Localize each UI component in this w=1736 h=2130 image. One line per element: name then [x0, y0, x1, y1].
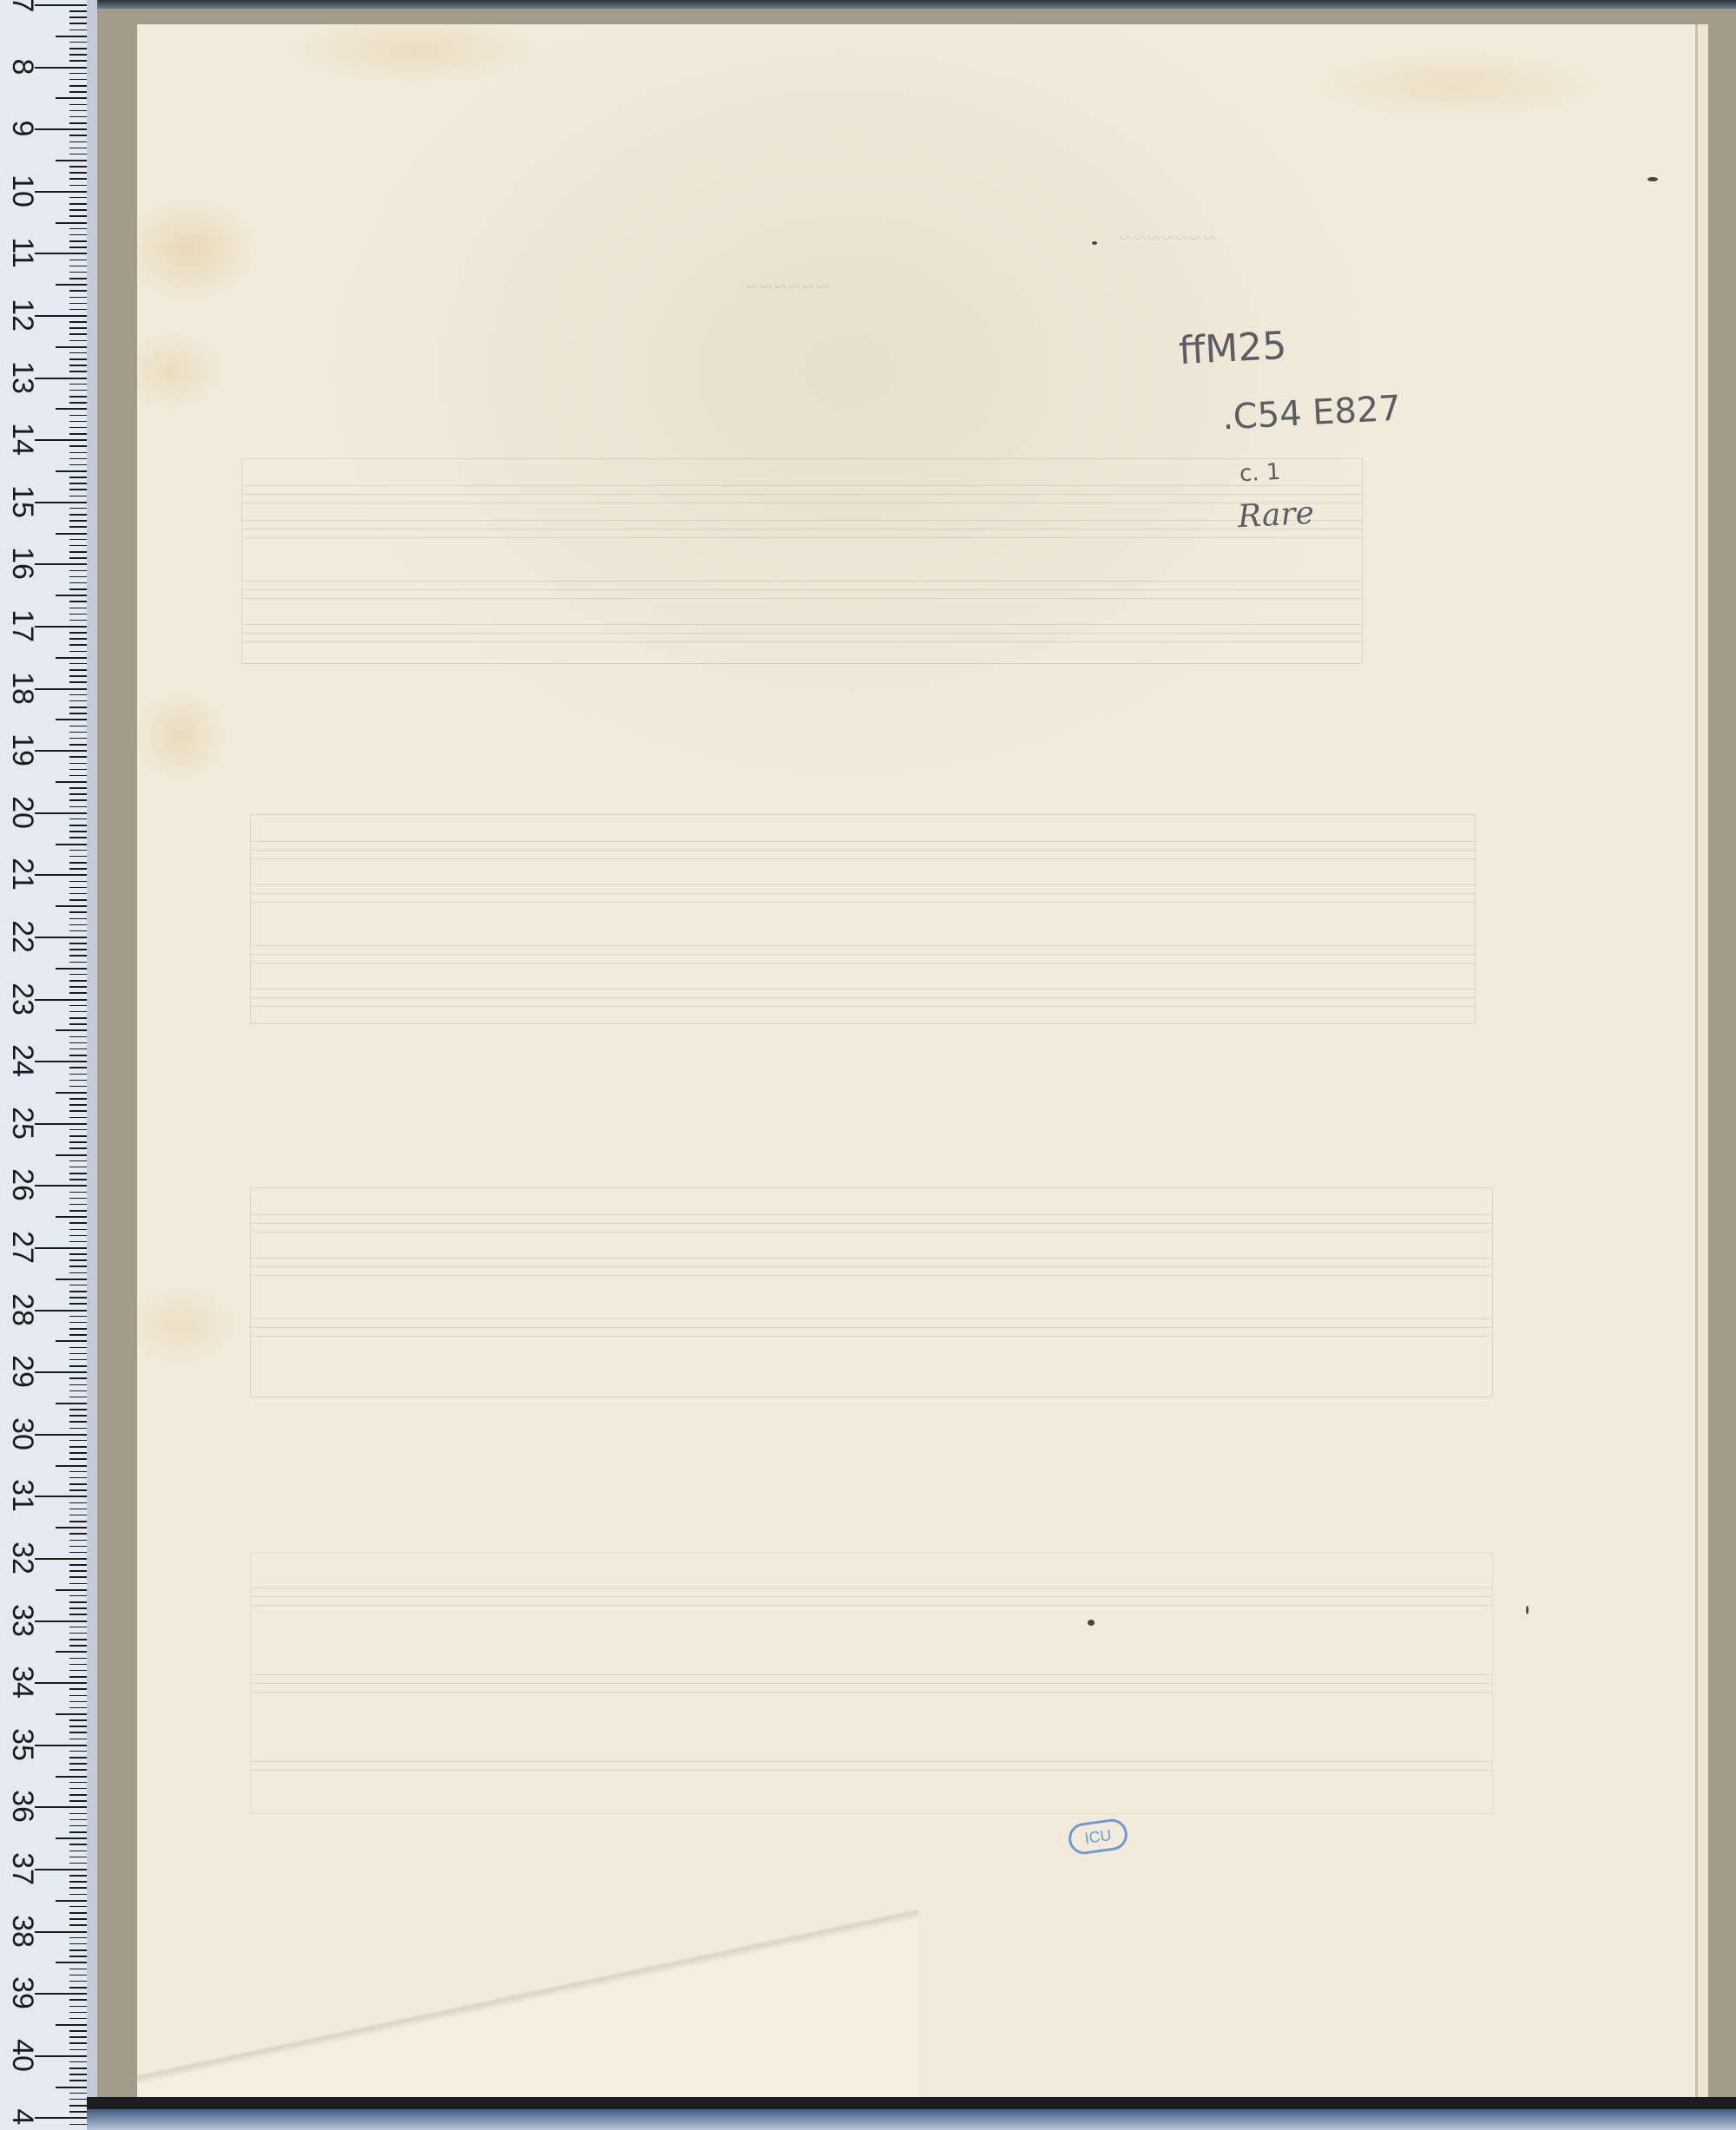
- ruler-tick: [69, 1975, 87, 1976]
- ruler-label: 32: [5, 1541, 40, 1575]
- ruler-tick: [69, 1688, 87, 1690]
- ruler-tick: [35, 626, 87, 628]
- call-number-line-2: .C54 E827: [1221, 391, 1402, 436]
- ruler-label: 8: [5, 49, 40, 84]
- ruler-tick: [69, 806, 87, 808]
- ruler-label: 21: [5, 857, 40, 891]
- ruler-tick: [69, 732, 87, 733]
- ruler-tick: [69, 899, 87, 901]
- ruler-tick: [69, 464, 87, 466]
- ruler-tick: [69, 266, 87, 267]
- ruler-tick: [69, 1334, 87, 1336]
- ruler-tick: [69, 1017, 87, 1019]
- ruler-tick: [69, 887, 87, 889]
- ruler-tick: [35, 378, 87, 379]
- ruler-tick: [69, 551, 87, 553]
- ruler-tick: [69, 1198, 87, 1200]
- ruler-tick: [69, 1036, 87, 1038]
- ruler-tick: [69, 340, 87, 342]
- bleed-through-heading: ~~~~~~: [745, 274, 828, 300]
- ruler-tick: [69, 1390, 87, 1392]
- ruler-tick: [69, 2099, 87, 2100]
- ruler-tick: [69, 1969, 87, 1970]
- ruler-tick: [35, 1806, 87, 1808]
- ruler-tick: [69, 483, 87, 484]
- ruler-tick: [69, 663, 87, 665]
- ruler-tick: [69, 1141, 87, 1143]
- ruler-tick: [69, 365, 87, 366]
- ruler-tick: [69, 228, 87, 230]
- ruler-tick: [69, 930, 87, 932]
- ruler-tick: [69, 1285, 87, 1286]
- ruler-tick: [69, 1906, 87, 1908]
- ruler-label: 22: [5, 919, 40, 954]
- ruler-tick: [69, 2111, 87, 2113]
- ruler-tick: [69, 421, 87, 423]
- ruler-label: 15: [5, 484, 40, 519]
- ruler-tick: [69, 694, 87, 696]
- ruler-tick: [69, 433, 87, 435]
- ruler-tick: [69, 911, 87, 913]
- ruler-tick: [56, 1900, 87, 1902]
- ruler-tick: [69, 582, 87, 584]
- ruler-tick: [56, 1216, 87, 1218]
- ruler-tick: [69, 371, 87, 372]
- ruler-tick: [69, 42, 87, 43]
- ruler-tick: [69, 614, 87, 615]
- ruler-tick: [69, 1055, 87, 1056]
- ruler-tick: [56, 160, 87, 161]
- ruler-tick: [69, 726, 87, 727]
- ruler-tick: [69, 1987, 87, 1989]
- ruler-tick: [56, 1527, 87, 1528]
- ruler-tick: [56, 470, 87, 472]
- ruler-tick: [69, 1297, 87, 1298]
- ruler-tick: [69, 1521, 87, 1522]
- ruler-tick: [69, 384, 87, 385]
- ruler-tick: [69, 1117, 87, 1119]
- ruler-tick: [69, 1739, 87, 1740]
- ruler-tick: [35, 1247, 87, 1249]
- ruler-tick: [69, 1918, 87, 1920]
- ruler-tick: [69, 1489, 87, 1491]
- ruler-tick: [69, 1259, 87, 1261]
- ruler-tick: [69, 539, 87, 541]
- ruler-tick: [69, 2093, 87, 2094]
- ruler-tick: [35, 2117, 87, 2119]
- ruler-label: 38: [5, 1914, 40, 1949]
- ruler-tick: [69, 135, 87, 136]
- ruler-label: 35: [5, 1727, 40, 1762]
- ruler-tick: [56, 346, 87, 348]
- ruler-tick: [35, 1185, 87, 1187]
- ruler-tick: [56, 1465, 87, 1467]
- ruler-tick: [69, 1049, 87, 1050]
- scanner-bed: [87, 2109, 1736, 2130]
- ruler-tick: [69, 1303, 87, 1305]
- ruler-label: 39: [5, 1976, 40, 2010]
- ruler-tick: [69, 321, 87, 323]
- ruler-tick: [69, 352, 87, 354]
- ruler-tick: [69, 458, 87, 460]
- ruler-tick: [69, 1894, 87, 1896]
- ruler-tick: [35, 1621, 87, 1622]
- ruler-tick: [69, 1042, 87, 1044]
- ruler-tick: [35, 1434, 87, 1436]
- ruler-tick: [69, 1813, 87, 1815]
- ruler-tick: [69, 197, 87, 199]
- ruler-tick: [69, 2124, 87, 2126]
- ruler-label: 10: [5, 174, 40, 208]
- ruler-tick: [69, 1751, 87, 1752]
- ruler-tick: [69, 1707, 87, 1709]
- ruler-tick: [69, 110, 87, 112]
- ruler-tick: [69, 707, 87, 708]
- ruler-tick: [69, 91, 87, 93]
- ruler-tick: [69, 837, 87, 838]
- ruler-tick: [35, 1061, 87, 1062]
- ruler-tick: [56, 1776, 87, 1778]
- ruler-tick: [69, 489, 87, 490]
- ruler-tick: [69, 1074, 87, 1075]
- ruler-tick: [69, 700, 87, 702]
- ruler-tick: [56, 1154, 87, 1156]
- ruler-tick: [69, 116, 87, 118]
- ruler-tick: [69, 1956, 87, 1957]
- ruler-tick: [69, 415, 87, 417]
- bleed-through-staff-system-1: [241, 458, 1363, 664]
- ruler-tick: [35, 1869, 87, 1870]
- ruler-tick: [69, 2006, 87, 2008]
- ruler-tick: [69, 1769, 87, 1771]
- ruler-tick: [69, 1359, 87, 1361]
- ruler-tick: [35, 999, 87, 1001]
- ruler-tick: [69, 1452, 87, 1454]
- ruler-tick: [69, 1210, 87, 1212]
- ruler-tick: [69, 949, 87, 950]
- ruler-tick: [69, 1732, 87, 1733]
- ruler-tick: [56, 284, 87, 286]
- ruler-tick: [56, 1092, 87, 1094]
- ruler-tick: [56, 905, 87, 907]
- ruler-tick: [69, 1291, 87, 1292]
- ruler-tick: [56, 1279, 87, 1280]
- ruler-label: 37: [5, 1851, 40, 1886]
- ruler-tick: [35, 937, 87, 938]
- ruler-tick: [56, 408, 87, 410]
- ruler-tick: [69, 2074, 87, 2075]
- ruler-tick: [69, 1607, 87, 1609]
- ruler-tick: [69, 1086, 87, 1088]
- ruler-tick: [69, 974, 87, 976]
- ruler-tick: [69, 1763, 87, 1765]
- ruler-tick: [56, 1837, 87, 1839]
- ruler-tick: [69, 608, 87, 609]
- ruler-tick: [56, 2087, 87, 2088]
- bleed-through-staff-system-3: [250, 1187, 1493, 1397]
- ruler-label: 18: [5, 671, 40, 706]
- ruler-tick: [69, 632, 87, 634]
- ruler-tick: [69, 825, 87, 826]
- ruler-tick: [35, 1682, 87, 1684]
- ruler-tick: [69, 557, 87, 559]
- ruler-tick: [69, 1421, 87, 1423]
- ruler-tick: [69, 1173, 87, 1174]
- ruler-tick: [69, 1576, 87, 1578]
- ruler-tick: [69, 390, 87, 391]
- ruler-label: 29: [5, 1354, 40, 1389]
- ruler-tick: [69, 1005, 87, 1007]
- ruler-tick: [56, 1962, 87, 1963]
- ruler-tick: [69, 1253, 87, 1255]
- ruler-tick: [69, 16, 87, 18]
- ruler-tick: [69, 526, 87, 528]
- ruler-tick: [69, 1446, 87, 1448]
- ruler-tick: [69, 1583, 87, 1585]
- ruler-label: 40: [5, 2038, 40, 2073]
- ruler-label: 33: [5, 1603, 40, 1638]
- ruler-tick: [69, 148, 87, 149]
- ruler-label: 4: [5, 2100, 40, 2130]
- ruler-label: 20: [5, 795, 40, 830]
- ruler-tick: [69, 1347, 87, 1349]
- ruler-tick: [69, 893, 87, 895]
- ruler-tick: [69, 1266, 87, 1267]
- ruler-tick: [69, 1695, 87, 1697]
- speck: [1526, 1606, 1529, 1614]
- ruler-tick: [69, 303, 87, 305]
- ruler-tick: [69, 496, 87, 497]
- ruler-edge: [87, 0, 97, 2130]
- ruler-tick: [69, 333, 87, 335]
- ruler-label: 25: [5, 1106, 40, 1141]
- ruler-tick: [69, 1540, 87, 1542]
- ruler-tick: [35, 191, 87, 193]
- ruler-tick: [69, 1857, 87, 1858]
- ruler-tick: [69, 1458, 87, 1460]
- ruler-tick: [69, 1943, 87, 1945]
- ruler-tick: [69, 856, 87, 858]
- ruler-tick: [69, 1011, 87, 1013]
- ruler-tick: [69, 2105, 87, 2107]
- ruler-label: 24: [5, 1043, 40, 1078]
- ruler-label: 34: [5, 1665, 40, 1699]
- ruler-tick: [69, 48, 87, 49]
- ruler-tick: [35, 502, 87, 503]
- ruler-tick: [69, 1757, 87, 1759]
- ruler-tick: [69, 240, 87, 242]
- ruler-tick: [69, 79, 87, 81]
- ruler-tick: [69, 1179, 87, 1180]
- ruler-tick: [69, 154, 87, 155]
- ruler-tick: [69, 1564, 87, 1566]
- ruler-label: 12: [5, 298, 40, 332]
- ruler-tick: [69, 166, 87, 168]
- ruler-tick: [35, 2055, 87, 2057]
- ruler-tick: [69, 850, 87, 851]
- ruler-label: 31: [5, 1478, 40, 1513]
- ruler-tick: [69, 644, 87, 646]
- speck: [1647, 177, 1658, 181]
- ruler-tick: [69, 172, 87, 174]
- ruler-tick: [35, 1371, 87, 1373]
- call-number-line-1: ffM25: [1178, 327, 1287, 371]
- ruler-tick: [69, 1831, 87, 1833]
- ruler-tick: [69, 297, 87, 299]
- ruler-tick: [69, 986, 87, 988]
- ruler-tick: [69, 1794, 87, 1796]
- ruler-tick: [69, 1483, 87, 1485]
- speck: [1088, 1620, 1095, 1626]
- ruler-tick: [35, 1745, 87, 1746]
- ruler-tick: [56, 2024, 87, 2026]
- ruler-tick: [69, 1023, 87, 1025]
- ruler-tick: [69, 452, 87, 454]
- ruler-tick: [69, 1912, 87, 1914]
- ruler-tick: [69, 1719, 87, 1721]
- ruler-tick: [69, 1999, 87, 2001]
- bleed-through-title: ~~~~~~~: [1118, 226, 1215, 252]
- ruler-tick: [69, 520, 87, 522]
- ruler-tick: [69, 327, 87, 329]
- ruler-tick: [69, 1080, 87, 1081]
- ruler-label: 19: [5, 733, 40, 767]
- ruler-tick: [69, 1415, 87, 1417]
- ruler-label: 16: [5, 546, 40, 581]
- ruler-tick: [69, 1328, 87, 1330]
- ruler-tick: [69, 1633, 87, 1634]
- ruler-tick: [56, 36, 87, 37]
- ruler-tick: [69, 178, 87, 180]
- ruler-label: 30: [5, 1417, 40, 1451]
- ruler-tick: [69, 1639, 87, 1640]
- ruler-label: 13: [5, 360, 40, 395]
- ruler-tick: [69, 769, 87, 771]
- ruler-tick: [69, 73, 87, 75]
- ruler-tick: [69, 1552, 87, 1554]
- ruler-tick: [69, 203, 87, 205]
- ruler-label: 23: [5, 982, 40, 1016]
- ruler-tick: [69, 1819, 87, 1821]
- ruler-tick: [69, 862, 87, 864]
- scanner-top-edge: [0, 0, 1736, 9]
- ruler-tick: [69, 1570, 87, 1572]
- ruler-tick: [69, 793, 87, 795]
- ruler-tick: [69, 831, 87, 832]
- ruler-tick: [69, 1110, 87, 1112]
- ruler-tick: [69, 576, 87, 578]
- ruler-tick: [56, 97, 87, 99]
- ruler-tick: [69, 1353, 87, 1355]
- ruler-tick: [69, 1645, 87, 1647]
- ruler-tick: [69, 545, 87, 547]
- ruler-label: 26: [5, 1167, 40, 1202]
- ruler-tick: [69, 756, 87, 758]
- ruler-tick: [69, 669, 87, 671]
- ruler-label: 36: [5, 1789, 40, 1824]
- ruler-tick: [69, 1135, 87, 1137]
- ruler-tick: [69, 763, 87, 765]
- ruler-tick: [69, 962, 87, 963]
- ruler-tick: [69, 1825, 87, 1827]
- ruler-tick: [69, 30, 87, 31]
- ruler-tick: [69, 1863, 87, 1864]
- ruler-tick: [69, 1272, 87, 1274]
- ruler-tick: [69, 1160, 87, 1162]
- ruler-tick: [56, 657, 87, 659]
- ruler-tick: [69, 675, 87, 677]
- ruler-tick: [69, 775, 87, 777]
- rare-label: Rare: [1237, 498, 1315, 534]
- ruler-tick: [35, 1496, 87, 1497]
- ruler-tick: [69, 1409, 87, 1410]
- ruler-tick: [35, 1993, 87, 1995]
- ruler-tick: [69, 1676, 87, 1678]
- ruler-tick: [56, 1029, 87, 1031]
- ruler-tick: [69, 427, 87, 429]
- ruler-tick: [69, 2068, 87, 2069]
- ruler-tick: [69, 620, 87, 621]
- ruler-tick: [69, 2080, 87, 2081]
- ruler-tick: [69, 1981, 87, 1982]
- ruler-tick: [35, 1931, 87, 1933]
- ruler-tick: [69, 1104, 87, 1106]
- ruler-tick: [69, 1397, 87, 1398]
- ruler-tick: [56, 719, 87, 720]
- ruler-tick: [69, 980, 87, 982]
- ruler-tick: [69, 1129, 87, 1131]
- ruler-tick: [69, 2018, 87, 2020]
- ruler-tick: [56, 595, 87, 596]
- ruler-tick: [35, 688, 87, 690]
- ruler-tick: [69, 570, 87, 572]
- ruler-tick: [69, 1235, 87, 1237]
- ruler-tick: [69, 122, 87, 124]
- ruler-tick: [69, 209, 87, 211]
- ruler-tick: [56, 1713, 87, 1715]
- ruler-tick: [69, 234, 87, 236]
- ruler-tick: [35, 563, 87, 565]
- ruler-tick: [35, 439, 87, 441]
- ruler-tick: [69, 1316, 87, 1318]
- ruler-tick: [69, 514, 87, 516]
- ruler-tick: [69, 60, 87, 62]
- ruler-tick: [69, 1167, 87, 1168]
- ruler-tick: [69, 23, 87, 24]
- ruler-tick: [69, 1533, 87, 1535]
- ruler-tick: [69, 185, 87, 187]
- ruler-tick: [56, 844, 87, 845]
- ruler-label: 17: [5, 608, 40, 643]
- ruler-tick: [35, 128, 87, 130]
- ruler-label: 28: [5, 1292, 40, 1327]
- ruler-tick: [56, 1589, 87, 1591]
- ruler-tick: [69, 1440, 87, 1442]
- ruler-tick: [69, 681, 87, 683]
- ruler-tick: [56, 1340, 87, 1342]
- ruler-tick: [69, 1844, 87, 1845]
- ruler-tick: [69, 1726, 87, 1727]
- ruler-tick: [56, 1651, 87, 1653]
- ruler-tick: [69, 445, 87, 447]
- ruler-tick: [69, 1515, 87, 1516]
- ruler-tick: [69, 868, 87, 870]
- ruler-tick: [69, 215, 87, 217]
- ruler-tick: [35, 253, 87, 254]
- ruler-tick: [69, 638, 87, 640]
- ruler-tick: [69, 309, 87, 311]
- ruler-tick: [69, 1627, 87, 1628]
